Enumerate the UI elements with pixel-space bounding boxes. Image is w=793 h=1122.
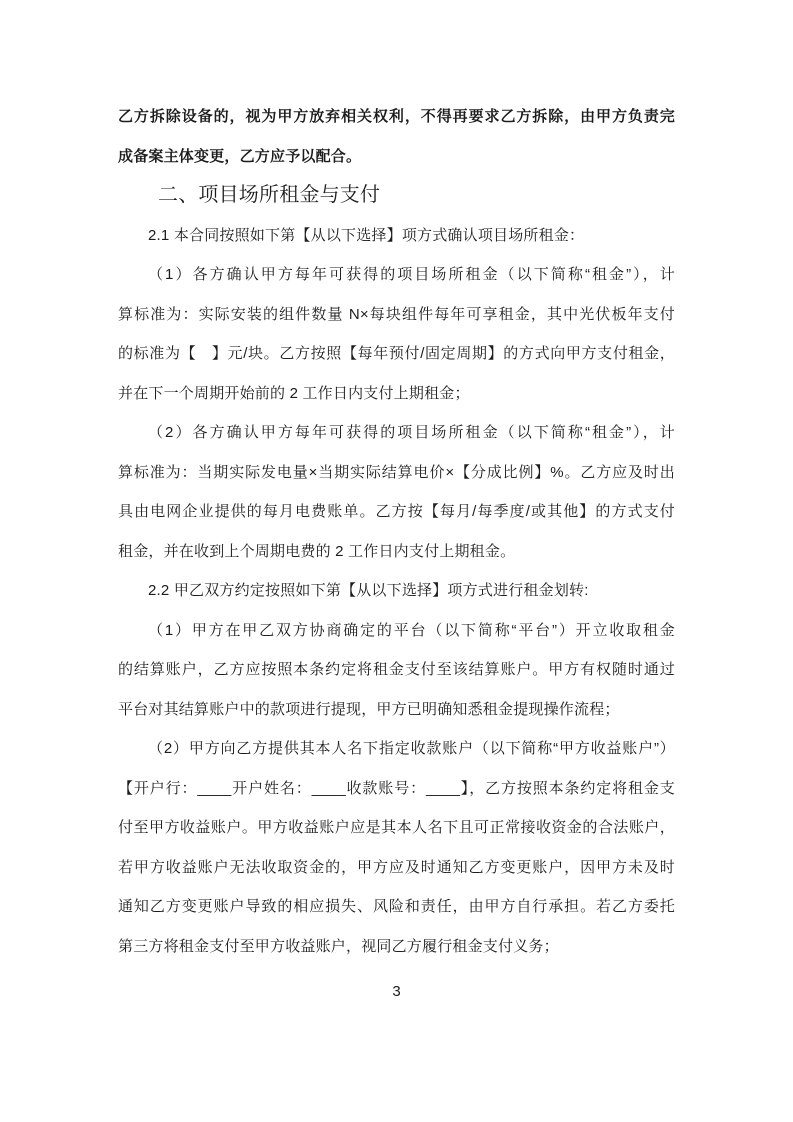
document-line: 的结算账户，乙方应按照本条约定将租金支付至该结算账户。甲方有权随时通过	[118, 650, 675, 690]
contract-text: 乙方拆除设备的，视为甲方放弃相关权利，不得再要求乙方拆除，由甲方负责完成备案主体…	[118, 97, 675, 966]
document-line: 具由电网企业提供的每月电费账单。乙方按【每月/每季度/或其他】的方式支付	[118, 492, 675, 532]
document-line: （1）甲方在甲乙双方协商确定的平台（以下简称“平台”）开立收取租金	[118, 611, 675, 651]
document-line: （2）各方确认甲方每年可获得的项目场所租金（以下简称“租金”），计	[118, 413, 675, 453]
document-line: （2）甲方向乙方提供其本人名下指定收款账户（以下简称“甲方收益账户”）	[118, 729, 675, 769]
document-line: 租金，并在收到上个周期电费的 2 工作日内支付上期租金。	[118, 532, 675, 572]
document-line: 算标准为：当期实际发电量×当期实际结算电价×【分成比例】%。乙方应及时出	[118, 453, 675, 493]
document-line: 通知乙方变更账户导致的相应损失、风险和责任，由甲方自行承担。若乙方委托	[118, 887, 675, 927]
document-line: 2.1 本合同按照如下第【从以下选择】项方式确认项目场所租金：	[118, 216, 675, 256]
section-heading: 二、项目场所租金与支付	[118, 176, 675, 216]
document-page: 乙方拆除设备的，视为甲方放弃相关权利，不得再要求乙方拆除，由甲方负责完成备案主体…	[0, 0, 793, 1122]
document-line: 成备案主体变更，乙方应予以配合。	[118, 137, 675, 177]
document-line: 第三方将租金支付至甲方收益账户，视同乙方履行租金支付义务；	[118, 927, 675, 967]
document-line: 【开户行：____开户姓名：____收款账号：____】，乙方按照本条约定将租金…	[118, 769, 675, 809]
document-line: 2.2 甲乙双方约定按照如下第【从以下选择】项方式进行租金划转:	[118, 571, 675, 611]
document-line: 算标准为：实际安装的组件数量 N×每块组件每年可享租金，其中光伏板年支付	[118, 295, 675, 335]
document-line: 的标准为【 】元/块。乙方按照【每年预付/固定周期】的方式向甲方支付租金，	[118, 334, 675, 374]
document-line: （1）各方确认甲方每年可获得的项目场所租金（以下简称“租金”），计	[118, 255, 675, 295]
document-line: 乙方拆除设备的，视为甲方放弃相关权利，不得再要求乙方拆除，由甲方负责完	[118, 97, 675, 137]
document-line: 若甲方收益账户无法收取资金的，甲方应及时通知乙方变更账户，因甲方未及时	[118, 848, 675, 888]
page-number: 3	[0, 982, 793, 1002]
document-line: 付至甲方收益账户。甲方收益账户应是其本人名下且可正常接收资金的合法账户，	[118, 808, 675, 848]
document-line: 平台对其结算账户中的款项进行提现，甲方已明确知悉租金提现操作流程；	[118, 690, 675, 730]
document-line: 并在下一个周期开始前的 2 工作日内支付上期租金；	[118, 374, 675, 414]
